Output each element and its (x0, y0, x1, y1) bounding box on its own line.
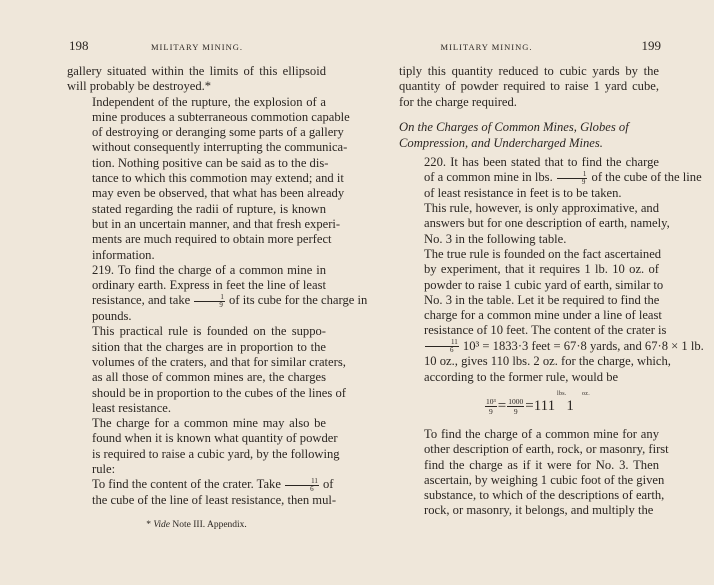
equation-result-lbs: 111 (534, 398, 555, 414)
paragraph: The true rule is founded on the fact asc… (399, 247, 659, 385)
text-line: stated regarding the radii of rupture, i… (67, 202, 326, 217)
right-page-body: tiply this quantity reduced to cubic yar… (399, 64, 659, 519)
fraction: 19 (194, 294, 225, 309)
text-line: may even be observed, that what has been… (67, 186, 326, 201)
footnote: * Vide Note III. Appendix. (67, 520, 326, 530)
footnote-text: Note III. Appendix. (170, 520, 247, 530)
text-line: resistance of 10 feet. The content of th… (399, 323, 659, 338)
text-line: least resistance. (67, 401, 326, 416)
text-line: according to the former rule, would be (399, 370, 659, 385)
text-line: of a common mine in lbs. 19 of the cube … (399, 170, 659, 186)
text-line: of destroying or deranging some parts of… (67, 125, 326, 140)
text-line: 10 oz., gives 110 lbs. 2 oz. for the cha… (399, 354, 659, 369)
text-line: quantity of powder required to raise 1 y… (399, 79, 659, 94)
text-line: of least resistance in feet is to be tak… (399, 186, 659, 201)
fraction: 116 (425, 339, 459, 354)
text-line: should be in proportion to the cubes of … (67, 386, 326, 401)
equation-body: 10³9=10009=111 1 (484, 397, 574, 416)
section-heading: On the Charges of Common Mines, Globes o… (399, 119, 659, 151)
text-line: found when it is known what quantity of … (67, 431, 326, 446)
text-line: rule: (67, 462, 326, 477)
section-heading-line: On the Charges of Common Mines, Globes o… (399, 119, 659, 135)
text-line: gallery situated within the limits of th… (67, 64, 326, 79)
text-line: is required to raise a cubic yard, by th… (67, 447, 326, 462)
left-page: 198 Military Mining. gallery situated wi… (67, 0, 326, 585)
text-line: rock, or masonry, it belongs, and multip… (399, 503, 659, 518)
paragraph: This rule, however, is only approximativ… (399, 201, 659, 247)
footnote-marker: * (146, 520, 151, 530)
paragraph: This practical rule is founded on the su… (67, 324, 326, 416)
text-line: resistance, and take 19 of its cube for … (67, 293, 326, 309)
text-line: This practical rule is founded on the su… (67, 324, 326, 339)
page-number-left: 198 (69, 38, 89, 54)
closing-paragraph: To find the charge of a common mine for … (399, 427, 659, 519)
text-line: answers but for one description of earth… (399, 216, 659, 231)
text-line: tiply this quantity reduced to cubic yar… (399, 64, 659, 79)
text-line: No. 3 in the table. Let it be required t… (399, 293, 659, 308)
equation-fraction-2: 10009 (507, 397, 524, 416)
text-line: ordinary earth. Express in feet the line… (67, 278, 326, 293)
text-line: powder to raise 1 cubic yard of earth, s… (399, 278, 659, 293)
paragraph: 220. It has been stated that to find the… (399, 155, 659, 201)
running-head-title-right: Military Mining. (399, 42, 574, 52)
equation-fraction-1: 10³9 (485, 397, 497, 416)
text-line: will probably be destroyed.* (67, 79, 326, 94)
text-line: information. (67, 248, 326, 263)
text-line: for the charge required. (399, 95, 659, 110)
text-line: as all those of common mines are, the ch… (67, 370, 326, 385)
text-line: volumes of the craters, and that for sim… (67, 355, 326, 370)
text-line: by experiment, that it requires 1 lb. 10… (399, 262, 659, 277)
text-line: charge for a common mine under a line of… (399, 308, 659, 323)
text-line: pounds. (67, 309, 326, 324)
text-line: 116 10³ = 1833·3 feet = 67·8 yards, and … (399, 339, 659, 355)
text-line: the cube of the line of least resistance… (67, 493, 326, 508)
text-line: tance to which this commotion may extend… (67, 171, 326, 186)
text-line: without consequently interrupting the co… (67, 140, 326, 155)
text-line: The true rule is founded on the fact asc… (399, 247, 659, 262)
text-line: substance, to which of the descriptions … (399, 488, 659, 503)
equation-result-oz: 1 (566, 398, 574, 414)
equation-unit-oz: oz. (582, 387, 590, 402)
text-line: 220. It has been stated that to find the… (399, 155, 659, 170)
fraction: 116 (285, 478, 319, 493)
paragraph: To find the content of the crater. Take … (67, 477, 326, 508)
text-line: find the charge as if it were for No. 3.… (399, 458, 659, 473)
right-paragraphs: 220. It has been stated that to find the… (399, 155, 659, 385)
footnote-vide: Vide (153, 520, 170, 530)
running-head-title-left: Military Mining. (151, 42, 243, 52)
closing-paragraph-text: To find the charge of a common mine for … (399, 427, 659, 519)
left-page-body: gallery situated within the limits of th… (67, 64, 326, 508)
paragraph: The charge for a common mine may also be… (67, 416, 326, 477)
text-line: sition that the charges are in proportio… (67, 340, 326, 355)
intro-paragraph: tiply this quantity reduced to cubic yar… (399, 64, 659, 110)
page-number-right: 199 (642, 38, 662, 54)
running-head-right: Military Mining. 199 (399, 40, 659, 56)
text-line: The charge for a common mine may also be (67, 416, 326, 431)
equation: lbs. oz. 10³9=10009=111 1 (399, 387, 659, 423)
text-line: This rule, however, is only approximativ… (399, 201, 659, 216)
text-line: tion. Nothing positive can be said as to… (67, 156, 326, 171)
text-line: other description of earth, rock, or mas… (399, 442, 659, 457)
text-line: ments are much required to obtain more p… (67, 232, 326, 247)
section-heading-line: Compression, and Undercharged Mines. (399, 135, 659, 151)
text-line: mine produces a subterraneous commotion … (67, 110, 326, 125)
paragraph: gallery situated within the limits of th… (67, 64, 326, 95)
text-line: To find the content of the crater. Take … (67, 477, 326, 493)
running-head-left: 198 Military Mining. (67, 40, 326, 56)
text-line: but in an uncertain manner, and that fre… (67, 217, 326, 232)
text-line: No. 3 in the following table. (399, 232, 659, 247)
paragraph: Independent of the rupture, the explosio… (67, 95, 326, 263)
text-line: 219. To find the charge of a common mine… (67, 263, 326, 278)
fraction: 19 (557, 171, 588, 186)
text-line: To find the charge of a common mine for … (399, 427, 659, 442)
right-page: Military Mining. 199 tiply this quantity… (399, 0, 659, 585)
text-line: Independent of the rupture, the explosio… (67, 95, 326, 110)
paragraph: 219. To find the charge of a common mine… (67, 263, 326, 325)
text-line: ascertain, by weighing 1 cubic foot of t… (399, 473, 659, 488)
